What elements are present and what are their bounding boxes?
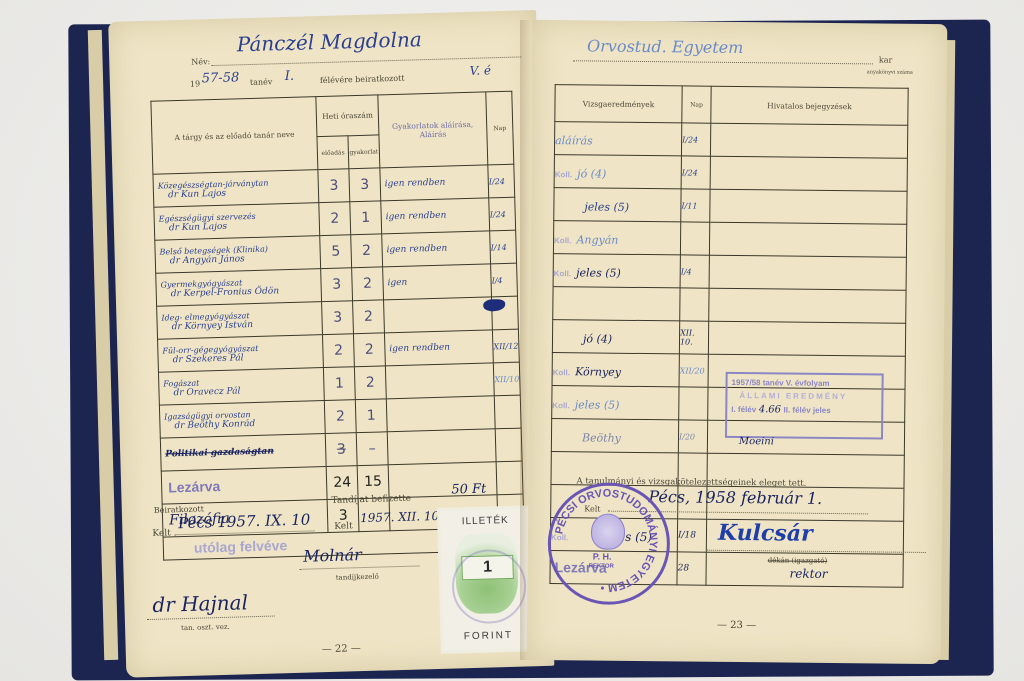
course-practice-hours: 2 xyxy=(353,300,385,334)
course-lecture-hours: 3 xyxy=(321,268,353,302)
header-practice: gyakorlat xyxy=(348,135,380,169)
exam-result: jó (4) xyxy=(553,332,612,346)
course-practice-hours: 1 xyxy=(355,399,387,433)
exam-row: jó (4)XII. 10. xyxy=(552,320,905,357)
course-date: I/24 xyxy=(489,197,516,231)
course-signature: igen rendben xyxy=(380,165,489,201)
closed-number: 28 xyxy=(677,552,706,585)
header-official: Hivatalos bejegyzések xyxy=(711,86,908,125)
office-head-label: tan. oszt. vez. xyxy=(181,623,230,632)
student-name: Pánczél Magdolna xyxy=(237,27,423,56)
exam-result: aláírás xyxy=(555,134,593,147)
dean-label: dékán (igazgató) xyxy=(768,556,828,565)
faculty-label: kar xyxy=(879,55,893,64)
cancellation-postmark xyxy=(451,549,527,625)
course-lecture-hours: 2 xyxy=(319,202,351,236)
semester-note: V. é xyxy=(469,63,491,78)
course-lecture-hours: 1 xyxy=(324,367,356,401)
course-practice-hours: 2 xyxy=(354,366,386,400)
exam-row: aláírásI/24 xyxy=(554,122,907,159)
left-page: Név: Pánczél Magdolna 19 57-58 tanév I. … xyxy=(108,10,554,678)
exam-result: Beöthy xyxy=(552,431,621,445)
state-exam-note: Moeini xyxy=(739,436,774,447)
tuition-kelt-label: Kelt xyxy=(334,521,353,532)
exam-row: Koll. jó (4)I/24 xyxy=(554,155,907,192)
course-lecture-hours: 3 xyxy=(322,301,354,335)
course-signature: igen rendben xyxy=(381,198,490,234)
year-prefix: 19 xyxy=(190,79,200,88)
header-weekly-hours: Heti óraszám xyxy=(316,95,379,137)
course-date: I/14 xyxy=(490,230,517,264)
exam-row: Koll. jeles (5)I/4 xyxy=(553,254,906,291)
course-signature: igen rendben xyxy=(382,231,491,267)
course-practice-hours: – xyxy=(356,432,388,466)
header-results: Vizsgaeredmények xyxy=(555,85,682,123)
right-page: Orvostud. Egyetem kar anyakönyvi száma V… xyxy=(527,20,948,664)
course-practice-hours: 2 xyxy=(353,333,385,367)
course-practice-hours: 2 xyxy=(352,267,384,301)
coat-of-arms-icon xyxy=(591,513,625,549)
course-signature xyxy=(386,396,495,432)
exam-date: I/11 xyxy=(681,189,710,222)
course-signature: igen xyxy=(383,264,492,300)
semester-value: I. xyxy=(285,69,295,84)
course-signature xyxy=(385,363,494,399)
course-signature: igen rendben xyxy=(384,330,493,366)
header-date: Nap xyxy=(486,91,514,165)
course-subject: Politikai gazdaságtan xyxy=(161,445,326,460)
course-signature xyxy=(383,297,492,333)
exam-result: jeles (5) xyxy=(576,266,621,279)
course-lecture-hours: 2 xyxy=(323,334,355,368)
seal-center-text: P. H. xyxy=(593,552,612,562)
enrolled-date: Pécs 1957. IX. 10 xyxy=(178,511,311,533)
year-label: tanév xyxy=(250,77,273,87)
course-lecture-hours: 5 xyxy=(320,235,352,269)
state-exam-stamp-line2: ÁLLAMI EREDMÉNY xyxy=(727,387,881,402)
course-lecture-hours: 3 xyxy=(318,169,350,203)
state-exam-stamp: 1957/58 tanév V. évfolyam ÁLLAMI EREDMÉN… xyxy=(725,372,884,440)
course-date: I/24 xyxy=(488,164,515,198)
course-date xyxy=(494,395,521,429)
tuition-date: 1957. XII. 10 xyxy=(360,509,439,525)
exam-date: I/20 xyxy=(678,420,707,453)
tuition-clerk-label: tandíjkezelő xyxy=(336,573,379,582)
exam-row: jeles (5)I/11 xyxy=(554,188,907,225)
course-date: I/4 xyxy=(491,263,518,297)
header-subject: A tárgy és az előadó tanár neve xyxy=(151,97,318,175)
exam-result: jeles (5) xyxy=(554,200,629,214)
seal-sub-text: REKTOR xyxy=(589,563,614,569)
state-exam-grade-first: 4.66 xyxy=(759,404,781,415)
exam-date: I/24 xyxy=(681,123,710,156)
page-number: — 23 — xyxy=(717,620,756,631)
rector-correction: rektor xyxy=(790,567,828,581)
tuition-amount: 50 Ft xyxy=(451,482,486,498)
rector-signature: Kulcsár xyxy=(718,520,813,547)
exam-date: I/24 xyxy=(681,156,710,189)
year-value: 57-58 xyxy=(202,70,240,86)
university-seal: PÉCSI ORVOSTUDOMÁNYI EGYETEM • P. H. REK… xyxy=(547,482,670,605)
revenue-stamp-top-text: ILLETÉK xyxy=(440,514,530,528)
course-practice-hours: 1 xyxy=(350,201,382,235)
kelt-date: Pécs, 1958 február 1. xyxy=(648,487,822,508)
enrolled-kelt-label: Kelt xyxy=(152,528,171,539)
exam-date: I/18 xyxy=(677,519,706,552)
register-label: anyakönyvi száma xyxy=(863,69,913,76)
tuition-clerk-line xyxy=(300,565,420,569)
state-exam-first: I. félév xyxy=(731,405,756,414)
course-lecture-hours: 3 xyxy=(326,433,358,467)
exam-result: jó (4) xyxy=(577,167,606,180)
exam-date: I/4 xyxy=(680,255,709,288)
exam-date xyxy=(679,387,708,420)
exam-result: Környey xyxy=(575,365,621,378)
faculty-line xyxy=(573,60,873,64)
semester-label: félévére beiratkozott xyxy=(320,74,405,85)
exam-row xyxy=(553,287,906,324)
exam-date xyxy=(680,222,709,255)
exam-result: jeles (5) xyxy=(575,398,620,411)
tuition-clerk-signature: Molnár xyxy=(303,545,362,566)
name-label: Név: xyxy=(191,57,210,67)
header-lecture: előadás xyxy=(317,136,349,170)
header-signature: Gyakorlatok aláírása, Aláírás xyxy=(378,92,488,168)
course-date: XII/10 xyxy=(493,362,520,396)
office-head-signature: dr Hajnal xyxy=(152,590,248,617)
closed-stamp: Lezárva xyxy=(161,467,327,505)
exam-result: Angyán xyxy=(576,233,618,246)
page-number: — 22 — xyxy=(322,643,361,655)
exam-date: XII/20 xyxy=(679,354,708,387)
faculty-value: Orvostud. Egyetem xyxy=(587,36,743,57)
exam-row: Koll. Angyán xyxy=(553,221,906,258)
header-date: Nap xyxy=(682,86,711,123)
state-exam-second: II. félév jeles xyxy=(784,405,831,414)
course-lecture-hours: 2 xyxy=(325,400,357,434)
course-date: XII/12 xyxy=(492,329,519,363)
state-exam-stamp-line1: 1957/58 tanév V. évfolyam xyxy=(728,374,882,389)
exam-date: XII. 10. xyxy=(679,321,708,354)
course-practice-hours: 3 xyxy=(349,168,381,202)
course-practice-hours: 2 xyxy=(351,234,383,268)
